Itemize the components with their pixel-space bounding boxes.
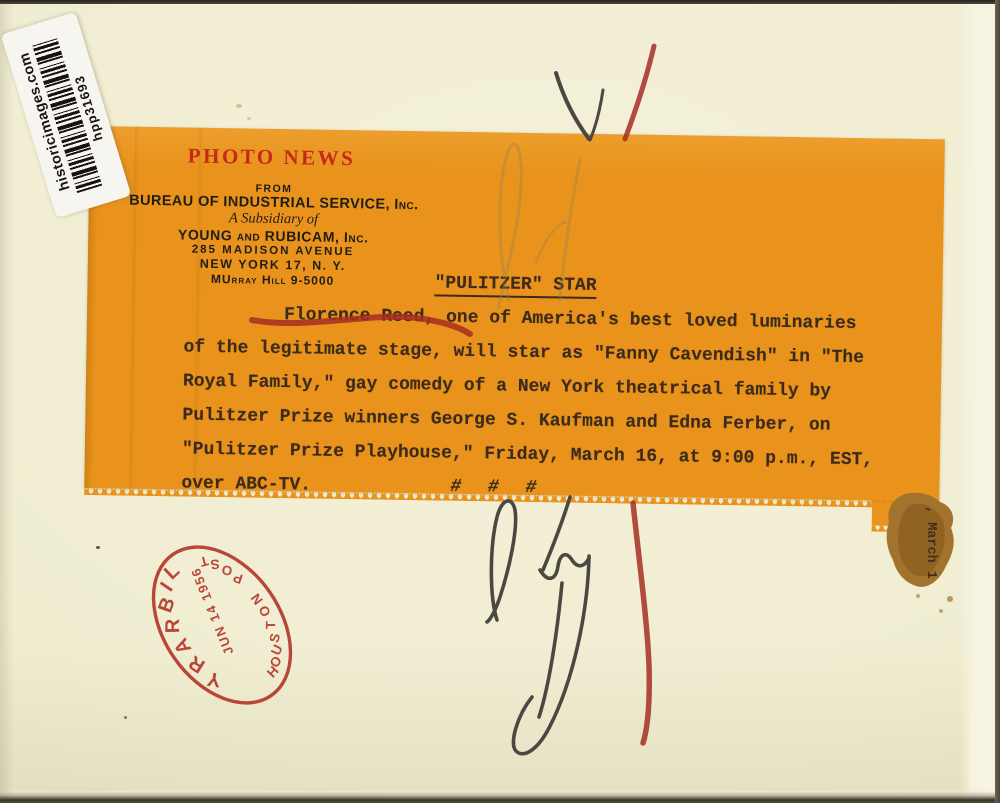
scan-edge-bottom bbox=[0, 791, 1000, 803]
release-body-line: over ABC-TV. bbox=[181, 473, 311, 495]
red-line-top bbox=[625, 46, 654, 139]
release-body-line: "Pulitzer Prize Playhouse," Friday, Marc… bbox=[182, 439, 874, 470]
scan-edge-top bbox=[0, 0, 1000, 4]
paper-shading-left bbox=[0, 0, 14, 803]
fragment-typed-text: , March 1 bbox=[923, 506, 938, 592]
library-stamp: LIBRARY HOUSTONPOST JUN 14 1956 bbox=[110, 515, 340, 745]
end-of-release-mark: # # # bbox=[450, 477, 544, 498]
release-body-line: Florence Reed, one of America's best lov… bbox=[184, 304, 857, 335]
press-news-label: PHOTO NEWS FROM BUREAU OF INDUSTRIAL SER… bbox=[84, 126, 945, 501]
photo-verso-scan: historicimages.com hpp31693 PHOTO NEWS F… bbox=[0, 0, 1000, 803]
release-headline: "PULITZER" STAR bbox=[434, 273, 596, 299]
pencil-marks-above-label bbox=[556, 73, 603, 140]
photo-paper-edge-strip bbox=[960, 0, 995, 803]
release-body-line: Royal Family," gay comedy of a New York … bbox=[183, 371, 831, 401]
paper-stain-speck bbox=[247, 117, 251, 120]
barcode-sticker: historicimages.com hpp31693 bbox=[1, 12, 132, 218]
paper-speck bbox=[96, 546, 100, 549]
release-body-line: Pulitzer Prize winners George S. Kaufman… bbox=[182, 405, 830, 435]
masthead-title: PHOTO NEWS bbox=[89, 142, 453, 173]
sender-address-block: FROM BUREAU OF INDUSTRIAL SERVICE, Inc. … bbox=[87, 180, 459, 291]
paper-stain-speck bbox=[236, 104, 242, 108]
release-body-line: of the legitimate stage, will star as "F… bbox=[183, 337, 864, 368]
scan-edge-right bbox=[995, 0, 1000, 803]
